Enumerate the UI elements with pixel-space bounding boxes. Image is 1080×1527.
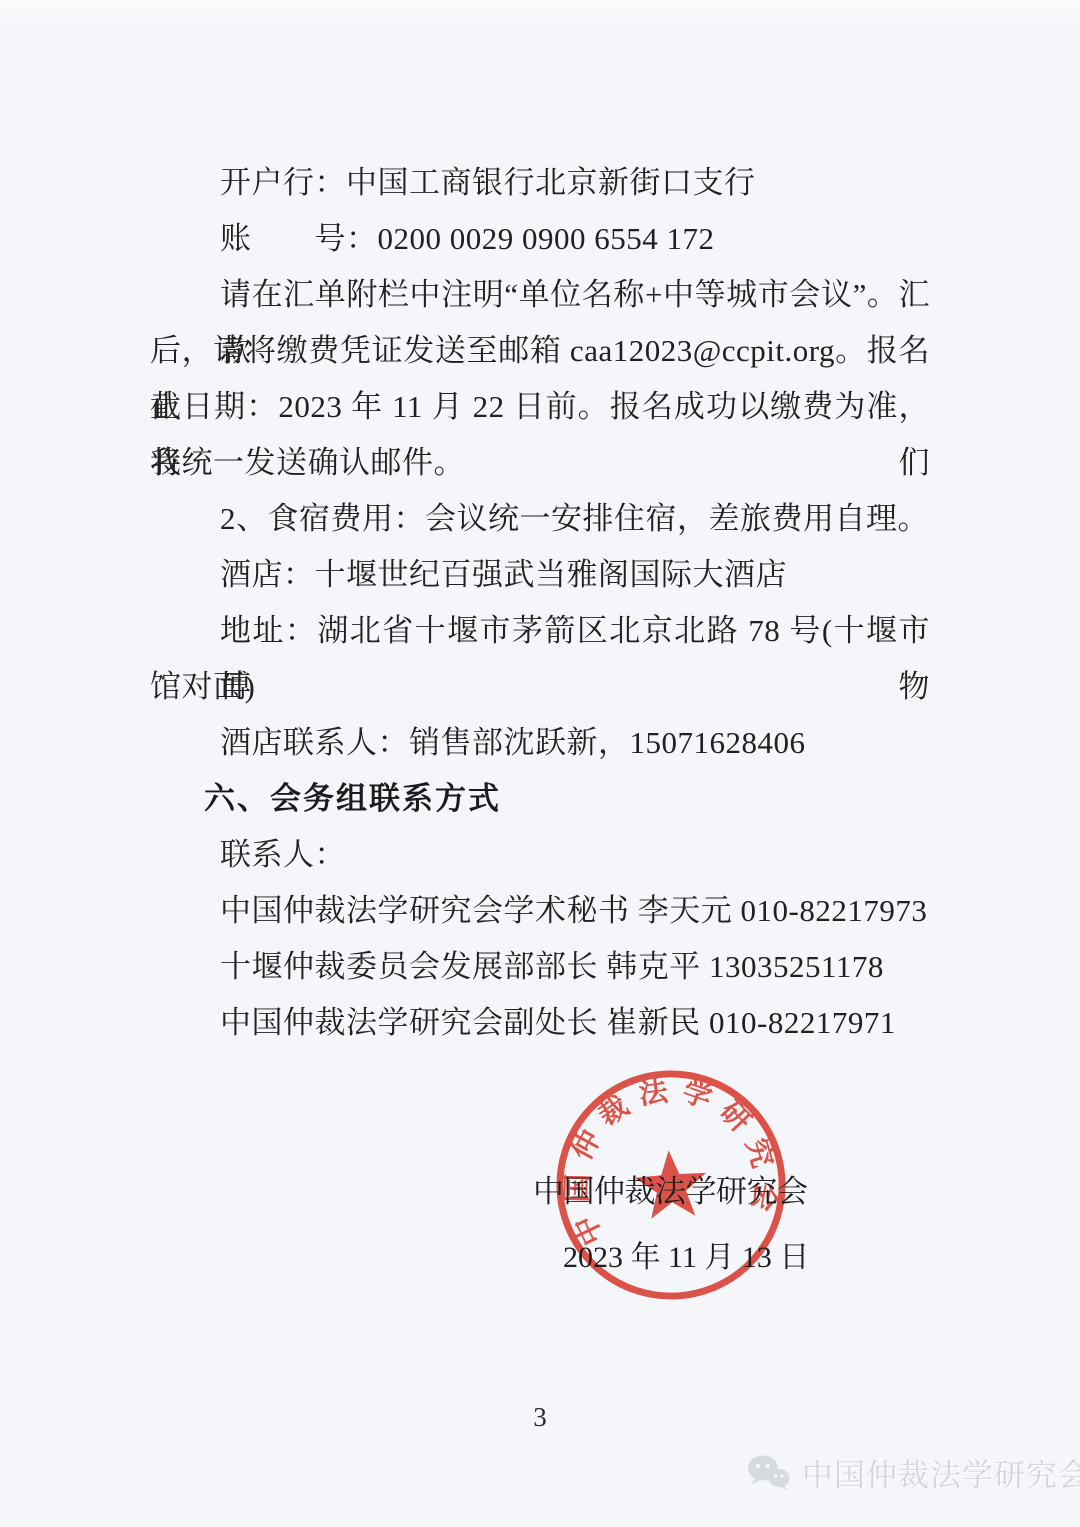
wechat-icon	[746, 1453, 792, 1493]
watermark: 中国仲裁法学研究会	[746, 1450, 1080, 1495]
contacts-label-line: 联系人：	[150, 827, 930, 883]
bank-name-line: 开户行：中国工商银行北京新街口支行	[150, 155, 930, 211]
contact-line-3: 中国仲裁法学研究会副处长 崔新民 010-82217971	[150, 995, 930, 1051]
contact-line-1: 中国仲裁法学研究会学术秘书 李天元 010-82217973	[150, 883, 930, 939]
hotel-contact-line: 酒店联系人：销售部沈跃新，15071628406	[150, 715, 930, 771]
account-number-line: 账 号：0200 0029 0900 6554 172	[150, 211, 930, 267]
remit-note-line-1: 请在汇单附栏中注明“单位名称+中等城市会议”。汇款	[150, 267, 930, 323]
watermark-text: 中国仲裁法学研究会	[802, 1450, 1080, 1495]
signature-organization: 中国仲裁法学研究会	[533, 1174, 808, 1210]
contact-line-2: 十堰仲裁委员会发展部部长 韩克平 13035251178	[150, 939, 930, 995]
remit-note-line-3: 止日期：2023 年 11 月 22 日前。报名成功以缴费为准，我们	[150, 379, 930, 435]
hotel-address-line-1: 地址：湖北省十堰市茅箭区北京北路 78 号(十堰市博物	[150, 603, 930, 659]
lodging-fee-line: 2、食宿费用：会议统一安排住宿，差旅费用自理。	[150, 491, 930, 547]
remit-note-line-2: 后，请将缴费凭证发送至邮箱 caa12023@ccpit.org。报名截	[150, 323, 930, 379]
section-heading-contacts: 六、会务组联系方式	[150, 771, 930, 827]
signature-date: 2023 年 11 月 13 日	[563, 1240, 809, 1276]
document-body: 开户行：中国工商银行北京新街口支行 账 号：0200 0029 0900 655…	[150, 155, 930, 1051]
page-number: 3	[150, 1402, 930, 1433]
hotel-name-line: 酒店：十堰世纪百强武当雅阁国际大酒店	[150, 547, 930, 603]
